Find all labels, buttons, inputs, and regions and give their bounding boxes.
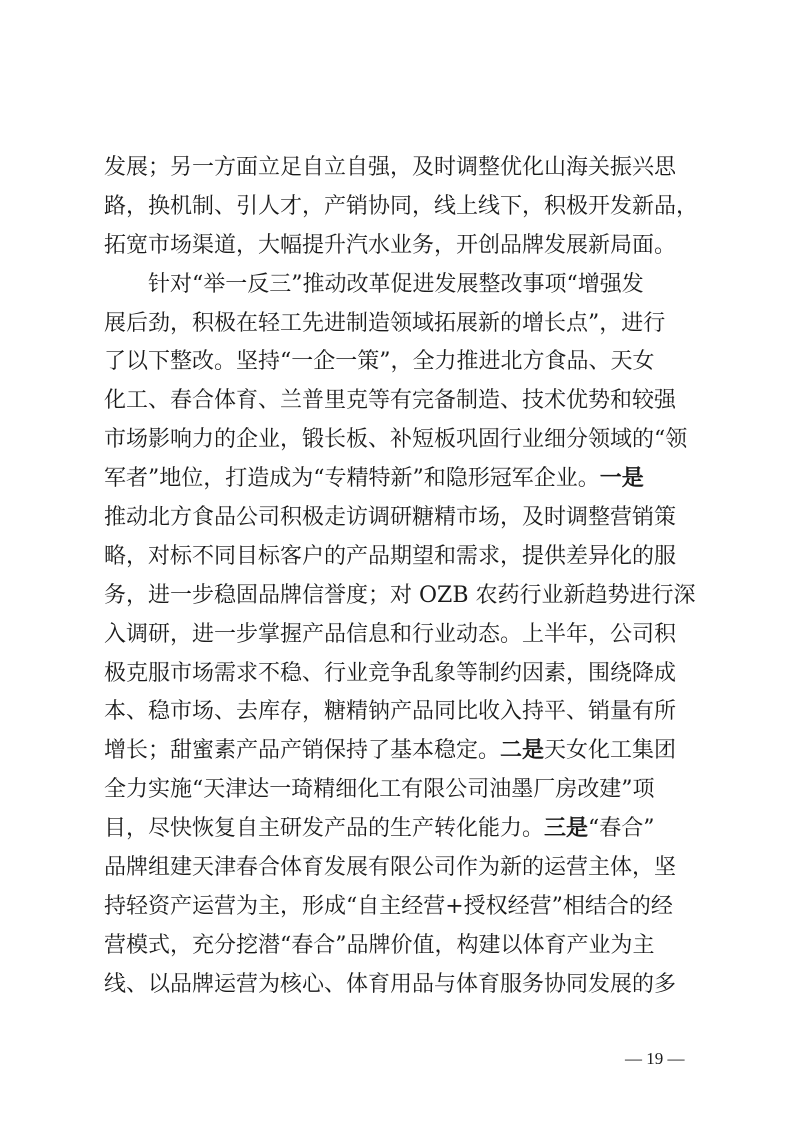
text-line: 线、以品牌运营为核心、体育用品与体育服务协同发展的多 [104, 966, 698, 1005]
page-number: — 19 — [625, 1049, 685, 1069]
text-segment: 略，对标不同目标客户的产品期望和需求，提供差异化的服 [104, 544, 676, 569]
text-segment: 推动北方食品公司积极走访调研糖精市场，及时调整营销策 [104, 505, 676, 530]
text-segment: 路，换机制、引人才，产销协同，线上线下，积极开发新品， [104, 194, 698, 219]
text-line-content: 入调研，进一步掌握产品信息和行业动态。上半年，公司积 [104, 616, 676, 655]
text-line-content: 线、以品牌运营为核心、体育用品与体育服务协同发展的多 [104, 966, 676, 1005]
text-line-content: 极克服市场需求不稳、行业竞争乱象等制约因素，围绕降成 [104, 655, 676, 694]
text-line: 市场影响力的企业，锻长板、补短板巩固行业细分领域的“领 [104, 421, 698, 460]
text-segment: 全力实施“天津达一琦精细化工有限公司油墨厂房改建”项 [104, 777, 655, 802]
text-line: 化工、春合体育、兰普里克等有完备制造、技术优势和较强 [104, 382, 698, 421]
text-segment: 本、稳市场、去库存，糖精钠产品同比收入持平、销量有所 [104, 699, 676, 724]
text-line: 品牌组建天津春合体育发展有限公司作为新的运营主体，坚 [104, 849, 698, 888]
text-line-content: 化工、春合体育、兰普里克等有完备制造、技术优势和较强 [104, 382, 676, 421]
text-line: 增长；甜蜜素产品产销保持了基本稳定。二是天女化工集团 [104, 732, 698, 771]
text-line-content: 营模式，充分挖潜“春合”品牌价值，构建以体育产业为主 [104, 927, 655, 966]
text-segment: 线、以品牌运营为核心、体育用品与体育服务协同发展的多 [104, 972, 676, 997]
text-line-content: 持轻资产运营为主，形成“自主经营+授权经营”相结合的经 [104, 888, 673, 927]
text-segment: 天女化工集团 [544, 738, 676, 763]
text-segment: 持轻资产运营为主，形成“自主经营+授权经营”相结合的经 [104, 894, 673, 919]
text-segment: 针对“举一反三”推动改革促进发展整改事项“增强发 [104, 272, 644, 297]
text-line: 目，尽快恢复自主研发产品的生产转化能力。三是“春合” [104, 810, 698, 849]
text-segment: 市场影响力的企业，锻长板、补短板巩固行业细分领域的“领 [104, 427, 687, 452]
text-line-content: 了以下整改。坚持“一企一策”，全力推进北方食品、天女 [104, 343, 655, 382]
text-line: 极克服市场需求不稳、行业竞争乱象等制约因素，围绕降成 [104, 655, 698, 694]
text-segment: 品牌组建天津春合体育发展有限公司作为新的运营主体，坚 [104, 855, 676, 880]
text-segment: 发展；另一方面立足自立自强，及时调整优化山海关振兴思 [104, 155, 676, 180]
text-line: 军者”地位，打造成为“专精特新”和隐形冠军企业。一是 [104, 460, 698, 499]
text-line: 针对“举一反三”推动改革促进发展整改事项“增强发 [104, 266, 698, 305]
body-text: 发展；另一方面立足自立自强，及时调整优化山海关振兴思路，换机制、引人才，产销协同… [104, 149, 698, 1005]
text-line-content: 拓宽市场渠道，大幅提升汽水业务，开创品牌发展新局面。 [104, 227, 676, 266]
text-line: 推动北方食品公司积极走访调研糖精市场，及时调整营销策 [104, 499, 698, 538]
text-line: 全力实施“天津达一琦精细化工有限公司油墨厂房改建”项 [104, 771, 698, 810]
text-line: 持轻资产运营为主，形成“自主经营+授权经营”相结合的经 [104, 888, 698, 927]
text-line-content: 推动北方食品公司积极走访调研糖精市场，及时调整营销策 [104, 499, 676, 538]
text-line-content: 务，进一步稳固品牌信誉度；对 OZB 农药行业新趋势进行深 [104, 577, 695, 616]
text-line-content: 针对“举一反三”推动改革促进发展整改事项“增强发 [104, 266, 644, 305]
text-segment: 务，进一步稳固品牌信誉度；对 OZB 农药行业新趋势进行深 [104, 583, 695, 608]
bold-label: 三是 [544, 816, 588, 841]
text-line: 拓宽市场渠道，大幅提升汽水业务，开创品牌发展新局面。 [104, 227, 698, 266]
bold-label: 二是 [500, 738, 544, 763]
text-line: 务，进一步稳固品牌信誉度；对 OZB 农药行业新趋势进行深 [104, 577, 698, 616]
text-segment: 展后劲，积极在轻工先进制造领域拓展新的增长点”，进行 [104, 311, 665, 336]
text-line-content: 全力实施“天津达一琦精细化工有限公司油墨厂房改建”项 [104, 771, 655, 810]
text-line: 入调研，进一步掌握产品信息和行业动态。上半年，公司积 [104, 616, 698, 655]
text-line: 展后劲，积极在轻工先进制造领域拓展新的增长点”，进行 [104, 305, 698, 344]
text-line-content: 目，尽快恢复自主研发产品的生产转化能力。三是“春合” [104, 810, 655, 849]
text-segment: 极克服市场需求不稳、行业竞争乱象等制约因素，围绕降成 [104, 661, 676, 686]
text-segment: 化工、春合体育、兰普里克等有完备制造、技术优势和较强 [104, 388, 676, 413]
text-segment: “春合” [588, 816, 655, 841]
text-segment: 目，尽快恢复自主研发产品的生产转化能力。 [104, 816, 544, 841]
text-line: 营模式，充分挖潜“春合”品牌价值，构建以体育产业为主 [104, 927, 698, 966]
text-segment: 入调研，进一步掌握产品信息和行业动态。上半年，公司积 [104, 622, 676, 647]
text-line-content: 本、稳市场、去库存，糖精钠产品同比收入持平、销量有所 [104, 693, 676, 732]
text-line-content: 军者”地位，打造成为“专精特新”和隐形冠军企业。一是 [104, 460, 644, 499]
text-line: 了以下整改。坚持“一企一策”，全力推进北方食品、天女 [104, 343, 698, 382]
text-segment: 军者”地位，打造成为“专精特新”和隐形冠军企业。 [104, 466, 600, 491]
bold-label: 一是 [600, 466, 644, 491]
text-line-content: 略，对标不同目标客户的产品期望和需求，提供差异化的服 [104, 538, 676, 577]
text-line: 发展；另一方面立足自立自强，及时调整优化山海关振兴思 [104, 149, 698, 188]
text-line-content: 品牌组建天津春合体育发展有限公司作为新的运营主体，坚 [104, 849, 676, 888]
text-line-content: 展后劲，积极在轻工先进制造领域拓展新的增长点”，进行 [104, 305, 665, 344]
text-line-content: 市场影响力的企业，锻长板、补短板巩固行业细分领域的“领 [104, 421, 687, 460]
text-segment: 增长；甜蜜素产品产销保持了基本稳定。 [104, 738, 500, 763]
text-line-content: 增长；甜蜜素产品产销保持了基本稳定。二是天女化工集团 [104, 732, 676, 771]
text-line-content: 路，换机制、引人才，产销协同，线上线下，积极开发新品， [104, 188, 698, 227]
document-page: 发展；另一方面立足自立自强，及时调整优化山海关振兴思路，换机制、引人才，产销协同… [0, 0, 800, 1131]
text-line: 本、稳市场、去库存，糖精钠产品同比收入持平、销量有所 [104, 693, 698, 732]
text-line: 路，换机制、引人才，产销协同，线上线下，积极开发新品， [104, 188, 698, 227]
text-line-content: 发展；另一方面立足自立自强，及时调整优化山海关振兴思 [104, 149, 676, 188]
text-segment: 了以下整改。坚持“一企一策”，全力推进北方食品、天女 [104, 349, 655, 374]
text-segment: 拓宽市场渠道，大幅提升汽水业务，开创品牌发展新局面。 [104, 233, 676, 258]
text-segment: 营模式，充分挖潜“春合”品牌价值，构建以体育产业为主 [104, 933, 655, 958]
text-line: 略，对标不同目标客户的产品期望和需求，提供差异化的服 [104, 538, 698, 577]
